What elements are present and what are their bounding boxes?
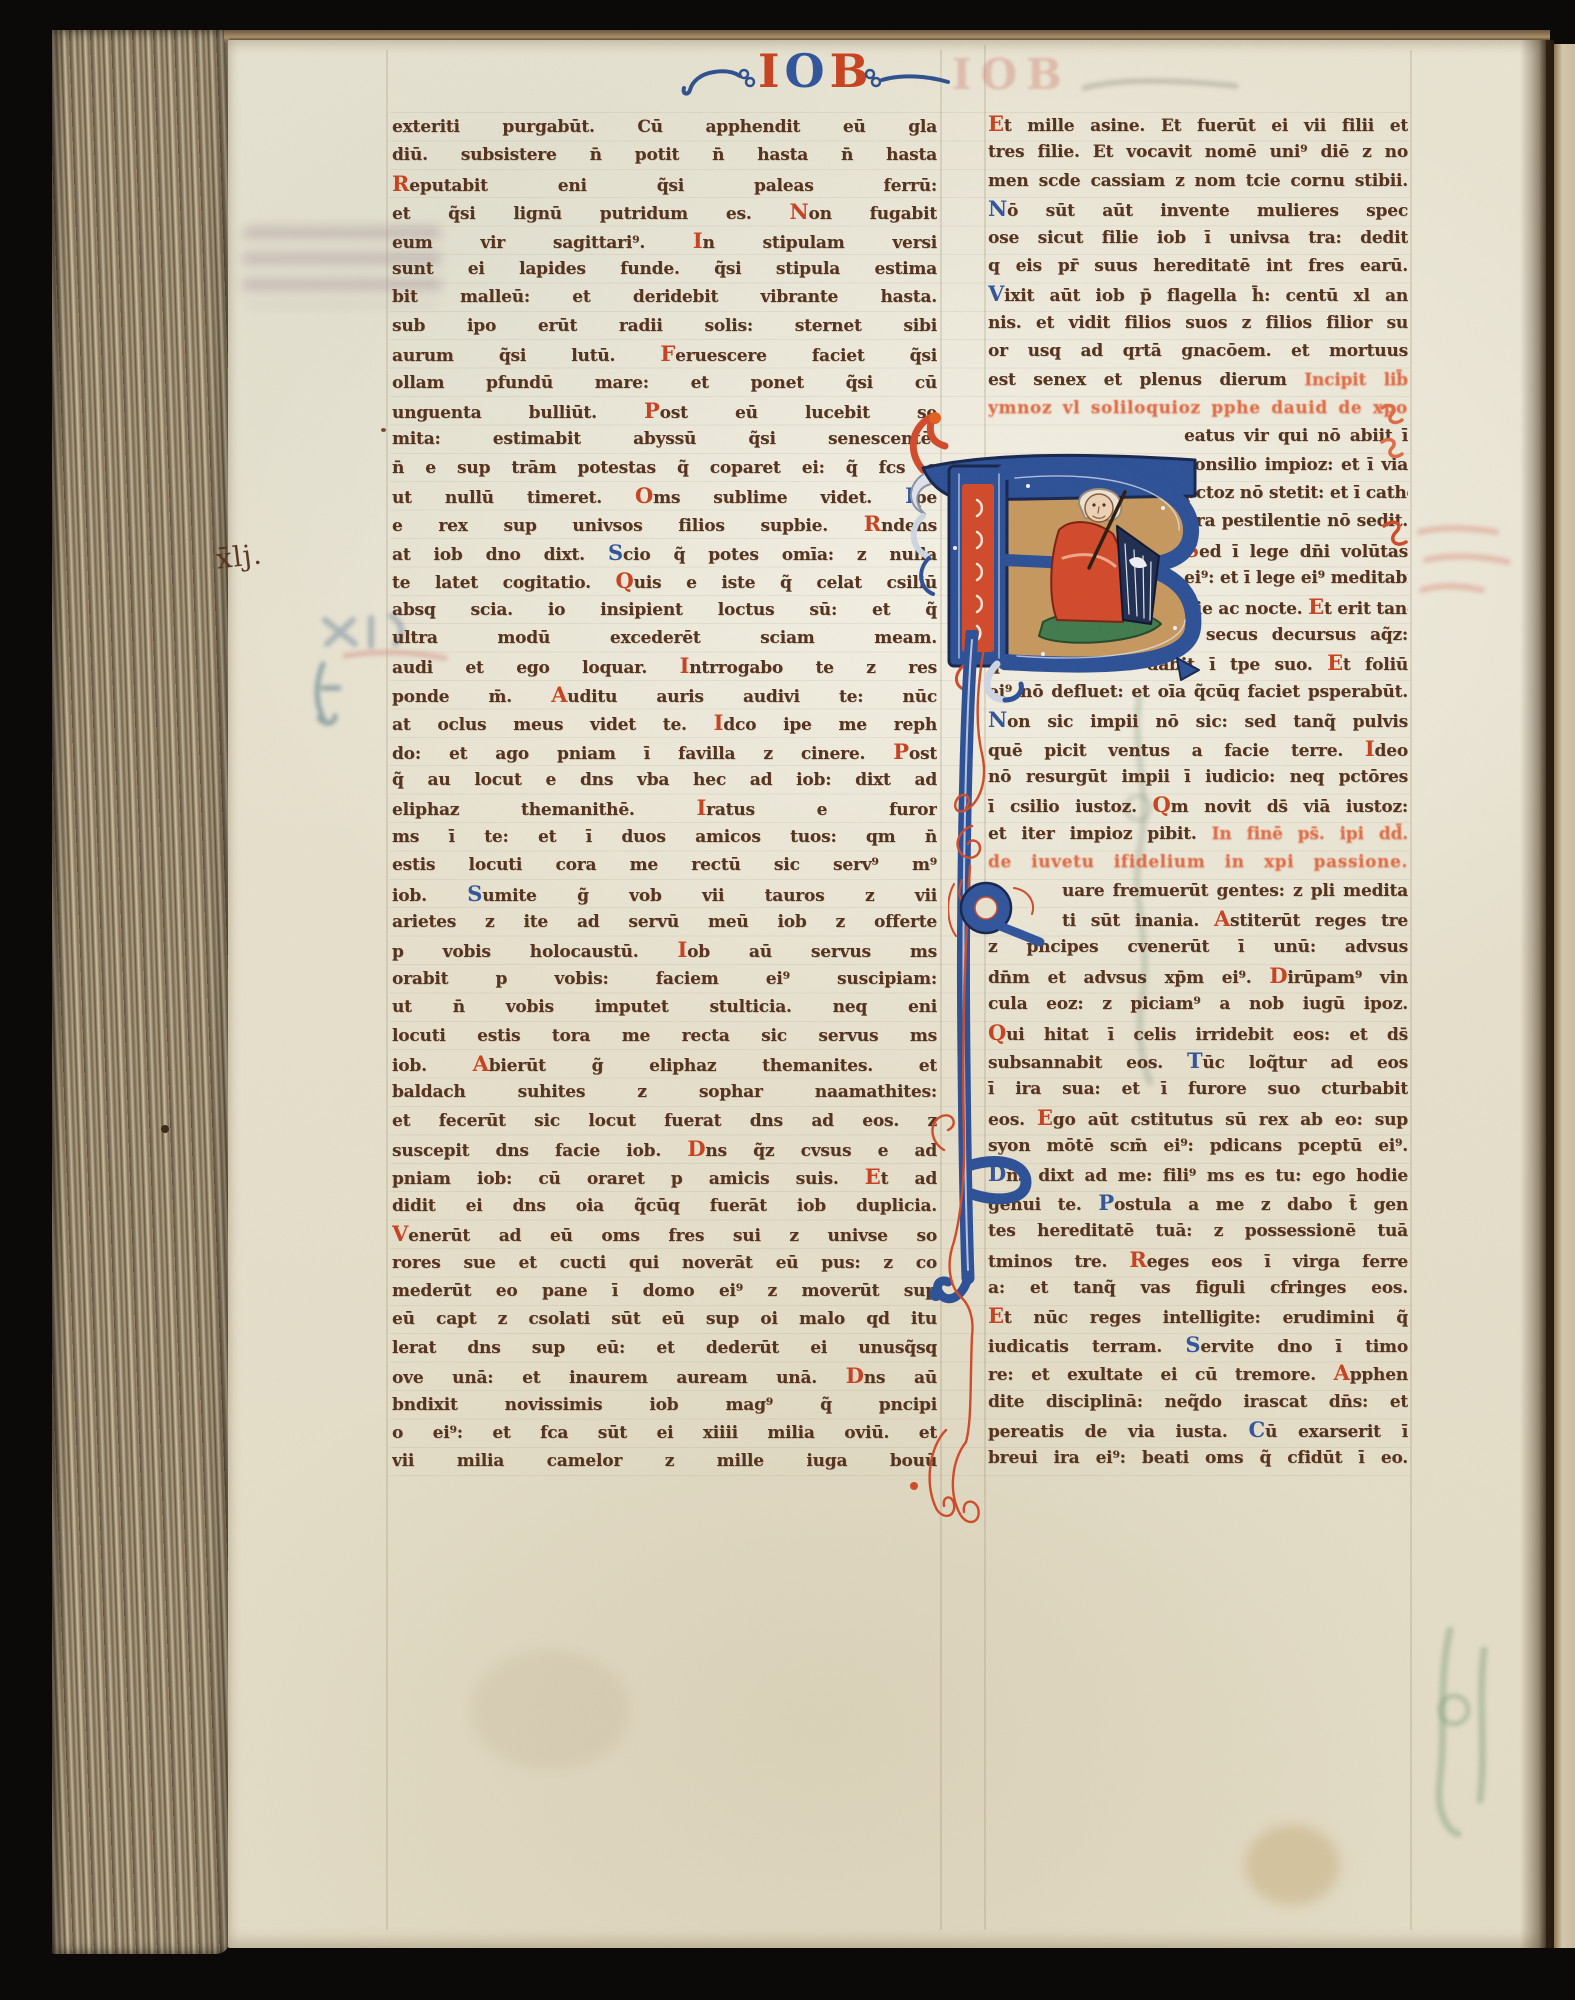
text-line: iob. Abierūt g̃ eliphaz themanites. et — [392, 1050, 937, 1078]
body-text: A — [1214, 906, 1230, 931]
text-line: at oclus meus videt te. Idco ipe me reph — [392, 709, 937, 737]
text-line: ose sicut filie iob ī univsa tra: dedit — [988, 224, 1408, 252]
text-line: mederūt eo pane ī domo ei⁹ z moverūt sup — [392, 1277, 937, 1305]
body-text: I — [680, 653, 690, 678]
text-line: et q̃si lignū putridum es. Non fugabit — [392, 198, 937, 226]
text-line: ove unā: et inaurem auream unā. Dns aū — [392, 1362, 937, 1390]
body-text: est senex et plenus dierum — [988, 370, 1304, 390]
text-line: Reputabit eni q̃si paleas ferrū: — [392, 170, 937, 198]
body-text: t mille asine. Et fuerūt ei vii filii et — [1004, 116, 1408, 136]
text-line: Venerūt ad eū oms fres sui z univse so — [392, 1220, 937, 1248]
body-text: F — [660, 341, 675, 366]
parchment-stain — [1245, 1825, 1340, 1905]
ink-speck — [161, 1125, 169, 1133]
showthrough-green-ghost — [1420, 1620, 1540, 1840]
body-text: aurum q̃si lutū. — [392, 346, 660, 366]
ruling-vertical — [1410, 50, 1412, 1930]
body-text: suscepit dns facie iob. — [392, 1141, 687, 1161]
body-text: arietes z ite ad servū meū iob z offerte — [392, 912, 937, 932]
body-text: R — [864, 511, 881, 536]
body-text: eruescere faciet q̃si — [675, 346, 937, 366]
body-text: bndixit novissimis iob mag⁹ q̃ pncipi — [392, 1395, 937, 1415]
body-text: T — [1187, 1048, 1202, 1073]
body-text: men scde cassiam z nom tcie cornu stibii… — [988, 171, 1408, 191]
body-text: uis e iste q̃ celat csiliū — [634, 573, 937, 593]
body-text: p vobis holocaustū. — [392, 942, 678, 962]
body-text: et fecerūt sic locut fuerat dns ad eos. … — [392, 1111, 937, 1131]
body-text: P — [1098, 1190, 1114, 1215]
body-text: ove unā: et inaurem auream unā. — [392, 1368, 846, 1388]
body-text: on fugabit — [808, 204, 937, 224]
body-text: absq scia. io insipient loctus sū: et q̃ — [392, 600, 937, 620]
body-text: O — [635, 483, 653, 508]
text-line: Nō sūt aūt invente mulieres spec — [988, 195, 1408, 223]
body-text: tres filie. Et vocavit nomē uni⁹ diē z n… — [988, 142, 1408, 162]
body-text: ostula a me z dabo t̄ gen — [1114, 1195, 1408, 1215]
body-text: I — [1365, 736, 1375, 761]
body-text: eges eos ī virga ferre — [1147, 1252, 1408, 1272]
body-text: S — [608, 540, 623, 565]
body-text: nis. et vidit filios suos z filios filio… — [988, 313, 1408, 333]
body-text: baldach suhites z sophar naamathites: — [392, 1082, 937, 1102]
body-text: C — [1248, 1417, 1265, 1442]
body-text: ut n̄ vobis imputet stulticia. neq eni — [392, 997, 937, 1017]
text-line: ut n̄ vobis imputet stulticia. neq eni — [392, 993, 937, 1021]
body-text: eum vir sagittari⁹. — [392, 233, 693, 253]
text-line: diū. subsistere n̄ potit n̄ hasta n̄ has… — [392, 141, 937, 169]
body-text: ms sublime videt. — [653, 488, 905, 508]
text-line: men scde cassiam z nom tcie cornu stibii… — [988, 167, 1408, 195]
body-text: audi et ego loquar. — [392, 658, 680, 678]
body-text: D — [1269, 963, 1287, 988]
body-text: estis locuti cora me rectū sic serv⁹ m⁹ — [392, 855, 937, 875]
body-text: ervite dno ī timo — [1200, 1337, 1408, 1357]
body-text: sunt ei lapides funde. q̃si stipula esti… — [392, 259, 937, 279]
rubric-text: In finē ps̄. ipi dd̄. — [1212, 824, 1408, 844]
body-text: or usq ad qrtā gnacōem. et mortuus — [988, 341, 1408, 361]
body-text: pniam iob: cū oraret p amicis suis. — [392, 1169, 865, 1189]
text-line: uare fremuerūt gentes: z pli medita — [1062, 877, 1408, 905]
text-column-left: exteriti purgabūt. Cū apphendit eū gladi… — [392, 113, 937, 1476]
text-line: ponde m̄. Auditu auris audivi te: nūc — [392, 681, 937, 709]
showthrough-red-ghost — [1412, 512, 1542, 612]
body-text: N — [789, 199, 808, 224]
body-text: irūpam⁹ vin — [1287, 968, 1408, 988]
body-text: E — [1327, 650, 1343, 675]
text-line: o ei⁹: et fca sūt ei xiiii milia oviū. e… — [392, 1419, 937, 1447]
margin-quire-note: x̄lj. — [214, 537, 264, 575]
body-text: ixit aūt iob p̄ flagella h̄: centū xl an — [1004, 286, 1408, 306]
body-text: q eis pr̄ suus hereditatē int fres earū. — [988, 256, 1408, 276]
body-text: ut nullū timeret. — [392, 488, 635, 508]
body-text: I — [714, 710, 724, 735]
text-line: suscepit dns facie iob. Dns q̃z cvsus e … — [392, 1135, 937, 1163]
header-letter: O — [785, 44, 830, 98]
body-text: A — [1334, 1360, 1350, 1385]
text-line: absq scia. io insipient loctus sū: et q̃ — [392, 596, 937, 624]
body-text: do: et ago pniam ī favilla z cinere. — [392, 744, 893, 764]
body-text: exteriti purgabūt. Cū apphendit eū gla — [392, 117, 937, 137]
body-text: deo — [1375, 741, 1408, 761]
body-text: D — [687, 1136, 705, 1161]
body-text: diū. subsistere n̄ potit n̄ hasta n̄ has… — [392, 145, 937, 165]
text-line: Vixit aūt iob p̄ flagella h̄: centū xl a… — [988, 280, 1408, 308]
body-text: uare fremuerūt gentes: z pli medita — [1062, 881, 1408, 901]
body-text: A — [551, 682, 567, 707]
running-header-title: IOB — [758, 48, 874, 94]
text-line: sub ipo erūt radii solis: sternet sibi — [392, 312, 937, 340]
body-text: eputabit eni q̃si paleas ferrū: — [409, 176, 937, 196]
rubric-text: Incipit lib̄ — [1304, 370, 1408, 390]
body-text: P — [644, 398, 660, 423]
body-text: n stipulam versi — [703, 233, 937, 253]
body-text: iob. — [392, 1056, 473, 1076]
body-text: ollam pfundū mare: et ponet q̃si cū — [392, 373, 937, 393]
text-line: orabit p vobis: faciem ei⁹ suscipiam: — [392, 965, 937, 993]
text-line: aurum q̃si lutū. Feruescere faciet q̃si — [392, 340, 937, 368]
text-line: at iob dno dixt. Scio q̃ potes omīa: z n… — [392, 539, 937, 567]
body-text: enerūt ad eū oms fres sui z univse so — [408, 1226, 937, 1246]
body-text: E — [865, 1164, 881, 1189]
text-line: q eis pr̄ suus hereditatē int fres earū. — [988, 252, 1408, 280]
text-line: nis. et vidit filios suos z filios filio… — [988, 309, 1408, 337]
text-line: mita: estimabit abyssū q̃si senescentē. — [392, 425, 937, 453]
body-text: rores sue et cucti qui noverāt eū pus: z… — [392, 1253, 937, 1273]
body-text: I — [696, 795, 706, 820]
parchment-stain — [470, 1650, 630, 1770]
body-text: pphen — [1350, 1365, 1408, 1385]
body-text: mederūt eo pane ī domo ei⁹ z moverūt sup — [392, 1281, 937, 1301]
text-line: lerat dns sup eū: et dederūt ei unusq̃sq — [392, 1334, 937, 1362]
body-text: S — [467, 881, 482, 906]
text-line: bit malleū: et deridebit vibrante hasta. — [392, 283, 937, 311]
body-text: E — [988, 111, 1004, 136]
body-text: ms ī te: et ī duos amicos tuos: qm n̄ — [392, 827, 937, 847]
header-flourish-right-icon — [862, 58, 952, 98]
text-line: ti sūt inania. Astiterūt reges tre — [1062, 905, 1408, 933]
body-text: orabit p vobis: faciem ei⁹ suscipiam: — [392, 969, 937, 989]
body-text: m novit ds̄ viā iustoz: — [1171, 797, 1408, 817]
text-line: bndixit novissimis iob mag⁹ q̃ pncipi — [392, 1391, 937, 1419]
text-line: n̄ e sup trām potestas q̃ coparet ei: q̃… — [392, 454, 937, 482]
text-line: baldach suhites z sophar naamathites: — [392, 1078, 937, 1106]
initial-Q-psalm2 — [948, 876, 1052, 948]
body-text: cio q̃ potes omīa: z nulla — [623, 545, 937, 565]
text-line: tres filie. Et vocavit nomē uni⁹ diē z n… — [988, 138, 1408, 166]
text-line: ms ī te: et ī duos amicos tuos: qm n̄ — [392, 823, 937, 851]
body-text: at oclus meus videt te. — [392, 715, 714, 735]
body-text: t erit tanq̃ — [1324, 599, 1408, 619]
body-text: t foliū — [1343, 655, 1408, 675]
body-text: Q — [616, 568, 634, 593]
body-text: go aūt cstitutus sū rex ab eo: sup — [1053, 1110, 1408, 1130]
body-text: bierūt g̃ eliphaz themanites. et — [489, 1056, 937, 1076]
text-line: eliphaz themanithē. Iratus e furor — [392, 794, 937, 822]
next-page-edge — [1554, 44, 1575, 1948]
text-line: audi et ego loquar. Intrrogabo te z res — [392, 652, 937, 680]
body-text: o ei⁹: et fca sūt ei xiiii milia oviū. e… — [392, 1423, 937, 1443]
text-line: rores sue et cucti qui noverāt eū pus: z… — [392, 1249, 937, 1277]
text-line: iob. Sumite g̃ vob vii tauros z vii — [392, 880, 937, 908]
body-text: didit ei dns oia q̃cūq fuerāt iob duplic… — [392, 1196, 937, 1216]
body-text: e rex sup univsos filios supbie. — [392, 516, 864, 536]
body-text: V — [392, 1221, 408, 1246]
header-showthrough-ghost: IOB — [952, 50, 1071, 99]
body-text: N — [988, 196, 1007, 221]
body-text: R — [1129, 1247, 1146, 1272]
text-line: exteriti purgabūt. Cū apphendit eū gla — [392, 113, 937, 141]
body-text: at iob dno dixt. — [392, 545, 608, 565]
body-text: I — [693, 228, 703, 253]
text-line: estis locuti cora me rectū sic serv⁹ m⁹ — [392, 851, 937, 879]
text-line: arietes z ite ad servū meū iob z offerte — [392, 908, 937, 936]
body-text: D — [846, 1363, 864, 1388]
body-text: te latet cogitatio. — [392, 573, 616, 593]
body-text: R — [392, 171, 409, 196]
text-line: locuti estis tora me recta sic servus ms — [392, 1022, 937, 1050]
text-line: p vobis holocaustū. Iob aū servus ms — [392, 936, 937, 964]
body-text: bit malleū: et deridebit vibrante hasta. — [392, 287, 937, 307]
text-line: sunt ei lapides funde. q̃si stipula esti… — [392, 255, 937, 283]
body-text: eliphaz themanithē. — [392, 800, 696, 820]
body-text: sub ipo erūt radii solis: sternet sibi — [392, 316, 937, 336]
body-text: ti sūt inania. — [1062, 911, 1214, 931]
body-text: mita: estimabit abyssū q̃si senescentē. — [392, 429, 937, 449]
body-text: n̄ e sup trām potestas q̃ coparet ei: q̃… — [392, 458, 937, 478]
text-line: ollam pfundū mare: et ponet q̃si cū — [392, 369, 937, 397]
body-text: unguenta bulliūt. — [392, 403, 644, 423]
header-letter: I — [758, 44, 785, 98]
body-text: et q̃si lignū putridum es. — [392, 204, 789, 224]
body-text: S — [1185, 1332, 1200, 1357]
text-line: et fecerūt sic locut fuerat dns ad eos. … — [392, 1107, 937, 1135]
body-text: E — [1308, 594, 1324, 619]
text-line: vii milia camelor z mille iuga bouū — [392, 1447, 937, 1475]
text-line: ultra modū excederēt sciam meam. — [392, 624, 937, 652]
text-line: didit ei dns oia q̃cūq fuerāt iob duplic… — [392, 1192, 937, 1220]
penwork-descender-flourish — [900, 630, 1070, 1610]
body-text: V — [988, 281, 1004, 306]
body-text: ultra modū excederēt sciam meam. — [392, 628, 937, 648]
body-text: A — [473, 1051, 489, 1076]
text-line: te latet cogitatio. Quis e iste q̃ celat… — [392, 567, 937, 595]
text-line: or usq ad qrtā gnacōem. et mortuus — [988, 337, 1408, 365]
header-ghost-flourish — [1080, 70, 1240, 100]
body-text: uditu auris audivi te: nūc — [567, 687, 937, 707]
text-line: e rex sup univsos filios supbie. Rndens — [392, 510, 937, 538]
text-line: est senex et plenus dierum Incipit lib̄ — [988, 366, 1408, 394]
text-line: ut nullū timeret. Oms sublime videt. Ipe — [392, 482, 937, 510]
body-text: stiterūt reges tre — [1230, 911, 1408, 931]
body-text: q̃ au locut e dns vba hec ad iob: dixt a… — [392, 770, 937, 790]
body-text: umite g̃ vob vii tauros z vii — [482, 886, 937, 906]
body-text: locuti estis tora me recta sic servus ms — [392, 1026, 937, 1046]
body-text: ū exarserit ī — [1265, 1422, 1408, 1442]
text-line: unguenta bulliūt. Post eū lucebit se — [392, 397, 937, 425]
body-text: Q — [1153, 792, 1171, 817]
header-flourish-left-icon — [678, 58, 756, 98]
body-text: I — [678, 937, 688, 962]
text-line: q̃ au locut e dns vba hec ad iob: dixt a… — [392, 766, 937, 794]
rubric-line-filler-icon — [1376, 398, 1410, 578]
body-text: ponde m̄. — [392, 687, 551, 707]
manuscript-photo: { "document": { "type": "Illuminated Lat… — [0, 0, 1575, 2000]
body-text: vii milia camelor z mille iuga bouū — [392, 1451, 937, 1471]
text-line: pniam iob: cū oraret p amicis suis. Et a… — [392, 1163, 937, 1191]
body-text: iob. — [392, 886, 467, 906]
ruling-vertical — [386, 50, 388, 1930]
book-fore-edge-pages — [52, 30, 230, 1954]
body-text: eū capt z csolati sūt eū sup oi malo qd … — [392, 1309, 937, 1329]
body-text: ose sicut filie iob ī univsa tra: dedit — [988, 228, 1408, 248]
body-text: ō sūt aūt invente mulieres spec — [1007, 201, 1408, 221]
text-line: eum vir sagittari⁹. In stipulam versi — [392, 227, 937, 255]
body-text: ūc loq̃tur ad eos — [1202, 1053, 1408, 1073]
text-line: Et mille asine. Et fuerūt ei vii filii e… — [988, 110, 1408, 138]
text-line: do: et ago pniam ī favilla z cinere. Pos… — [392, 738, 937, 766]
text-line: eū capt z csolati sūt eū sup oi malo qd … — [392, 1305, 937, 1333]
body-text: lerat dns sup eū: et dederūt ei unusq̃sq — [392, 1338, 937, 1358]
